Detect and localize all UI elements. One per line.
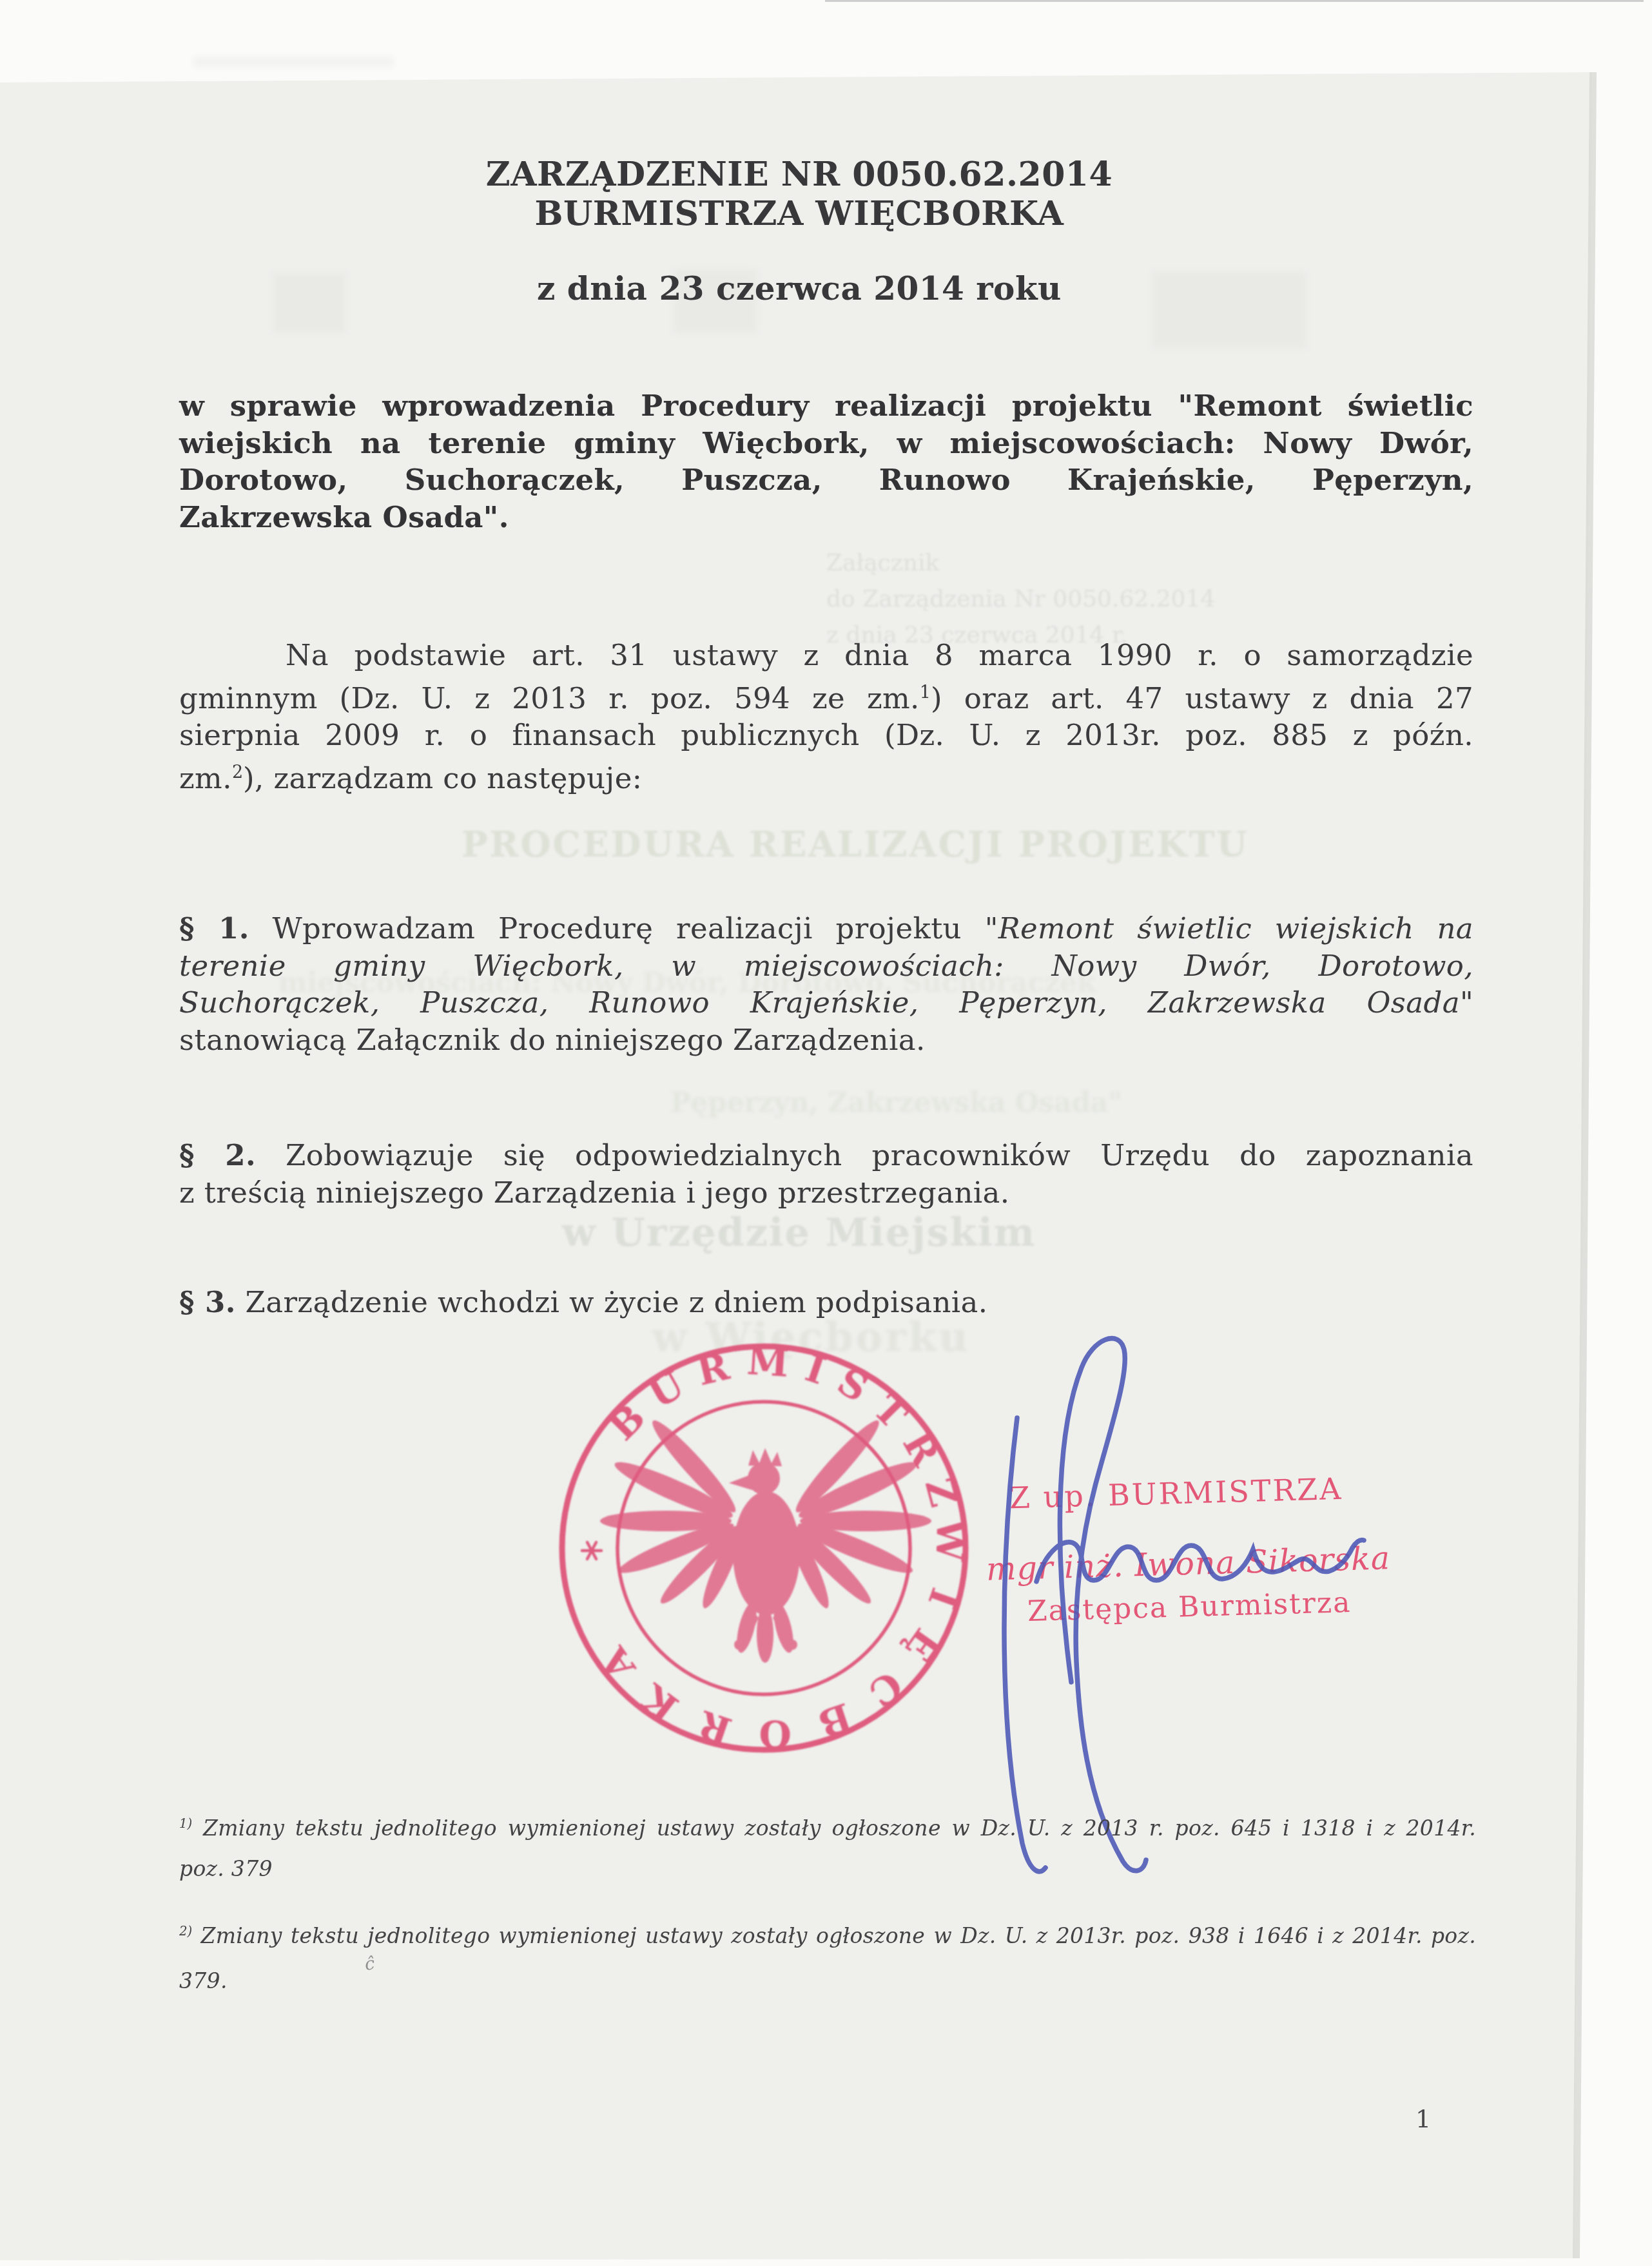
section-1-paragraph: § 1. Wprowadzam Procedurę realizacji pro… xyxy=(179,910,1473,1058)
section-2-paragraph: § 2. Zobowiązuje się odpowiedzialnych pr… xyxy=(179,1137,1473,1211)
official-round-stamp: BURMISTRZ WIĘCBORKA xyxy=(551,1335,977,1761)
legal-basis-paragraph: Na podstawie art. 31 ustawy z dnia 8 mar… xyxy=(179,637,1473,797)
stamp-ring-text-top: BURMISTRZ xyxy=(600,1339,969,1526)
signature-stroke xyxy=(1060,1339,1146,1871)
bleedthrough-text: Załącznik xyxy=(826,545,1215,581)
subject-paragraph: w sprawie wprowadzenia Procedury realiza… xyxy=(179,387,1473,536)
scanned-document-page: { "header": { "title_line1": "ZARZĄDZENI… xyxy=(0,0,1652,2266)
eagle-emblem-icon xyxy=(600,1415,931,1663)
stamp-star-ornament xyxy=(582,1542,601,1559)
signature-stroke xyxy=(1036,1540,1364,1582)
footnote-1: 1) Zmiany tekstu jednolitego wymienionej… xyxy=(179,1803,1476,1889)
section-3-paragraph: § 3. Zarządzenie wchodzi w życie z dniem… xyxy=(179,1284,1473,1321)
svg-text:BURMISTRZ: BURMISTRZ xyxy=(600,1339,969,1526)
document-date: z dnia 23 czerwca 2014 roku xyxy=(155,269,1444,307)
document-title-line1: ZARZĄDZENIE NR 0050.62.2014 xyxy=(155,155,1444,194)
bleedthrough-text: w Urzędzie Miejskim xyxy=(562,1210,1036,1255)
bleedthrough-heading: PROCEDURA REALIZACJI PROJEKTU xyxy=(462,824,1249,865)
bleedthrough-text: Pęperzyn, Zakrzewska Osada" xyxy=(670,1087,1122,1118)
document-header: ZARZĄDZENIE NR 0050.62.2014 BURMISTRZA W… xyxy=(155,155,1444,307)
bleedthrough-text: do Zarządzenia Nr 0050.62.2014 xyxy=(826,581,1215,617)
scanner-edge-line xyxy=(825,0,1644,2)
scan-smudge xyxy=(193,57,393,67)
stray-ink-mark: ĉ xyxy=(364,1953,375,1974)
page-number: 1 xyxy=(1415,2105,1431,2133)
document-title-line2: BURMISTRZA WIĘCBORKA xyxy=(155,194,1444,233)
